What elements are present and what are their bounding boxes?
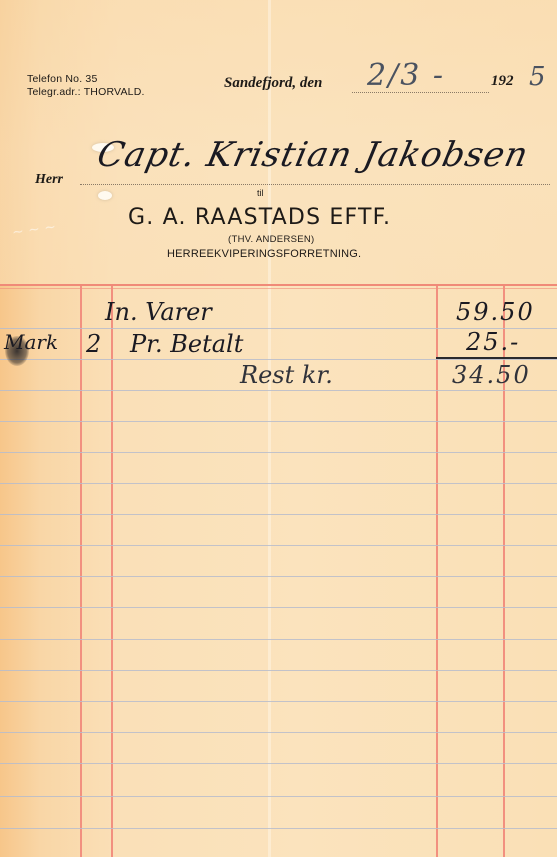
ruled-line: [0, 763, 557, 764]
ruled-line: [0, 452, 557, 453]
handwritten-recipient: Capt. Kristian Jakobsen: [94, 135, 533, 175]
paper-tear: [98, 191, 112, 200]
telefon-number: Telefon No. 35: [27, 73, 98, 85]
entry-description-2: Pr. Betalt: [130, 330, 243, 358]
ruled-line: [0, 483, 557, 484]
ruled-line: [0, 576, 557, 577]
entry-month-2: Mark: [4, 330, 58, 354]
company-name: G. A. RAASTADS EFTF.: [128, 205, 391, 230]
place-date-label: Sandefjord, den: [224, 75, 322, 92]
ruled-line: [0, 701, 557, 702]
entry-amount-1: 59.50: [456, 298, 535, 326]
ruled-line: [0, 639, 557, 640]
ruled-line: [0, 359, 557, 360]
paper-fold: [268, 0, 271, 857]
year-prefix: 192: [491, 73, 514, 90]
ruled-line: [0, 796, 557, 797]
handwritten-date: 2/3 -: [367, 58, 445, 93]
entry-day-2: 2: [86, 330, 101, 358]
trade-description: HERREEKVIPERINGSFORRETNING.: [167, 248, 361, 260]
entry-description-3: Rest kr.: [240, 361, 333, 389]
entry-description-1: In. Varer: [105, 298, 212, 326]
total-underline: [436, 357, 557, 359]
entry-amount-2: 25.-: [466, 328, 520, 356]
ruled-line: [0, 421, 557, 422]
column-rule-day: [111, 286, 113, 857]
column-rule-month: [80, 286, 82, 857]
til-label: til: [257, 188, 264, 198]
column-rule-amount: [436, 286, 438, 857]
ruled-line: [0, 828, 557, 829]
header-red-rule: [0, 284, 557, 286]
handwritten-year-digit: 5: [529, 62, 546, 92]
header-red-rule-thin: [0, 288, 557, 289]
telegram-address: Telegr.adr.: THORVALD.: [27, 86, 145, 98]
ruled-line: [0, 732, 557, 733]
ruled-line: [0, 545, 557, 546]
salutation: Herr: [35, 172, 63, 188]
ruled-line: [0, 607, 557, 608]
ruled-line: [0, 670, 557, 671]
ruled-line: [0, 514, 557, 515]
owner-name: (THV. ANDERSEN): [228, 234, 315, 245]
ruled-line: [0, 390, 557, 391]
entry-amount-3: 34.50: [452, 361, 531, 389]
recipient-dotted-line: [80, 184, 550, 185]
